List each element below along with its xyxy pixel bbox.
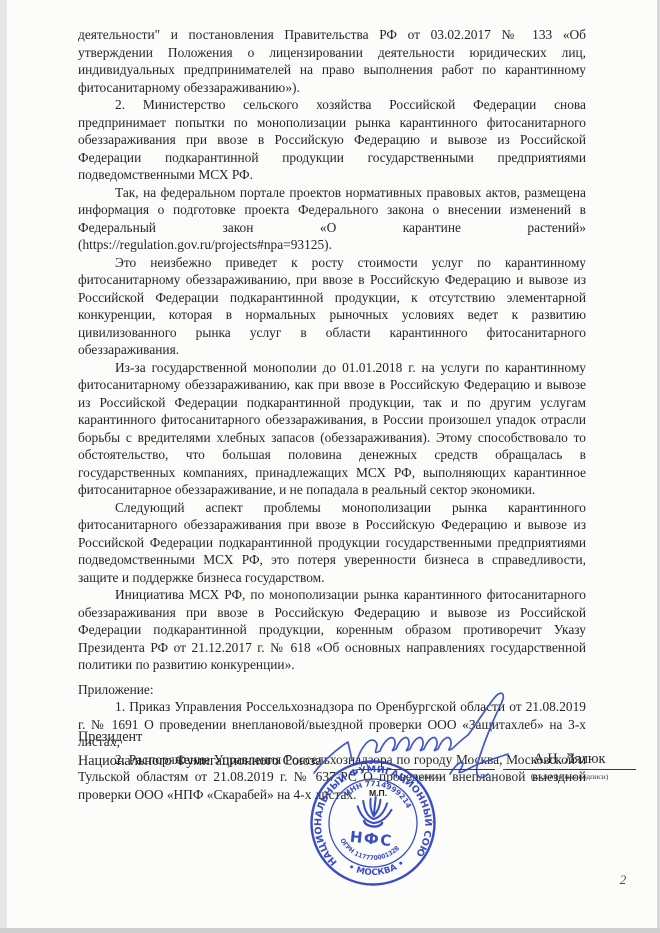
body-paragraph: деятельности" и постановления Правительс… (78, 26, 586, 96)
body-paragraph: 2. Министерство сельского хозяйства Росс… (78, 96, 586, 184)
page-number: 2 (608, 872, 638, 888)
stamp-city-text: • МОСКВА • (346, 857, 408, 882)
body-paragraph: Из-за государственной монополии до 01.01… (78, 359, 586, 499)
scan-edge-left (0, 0, 7, 933)
stamp-center-abbr: НФС (349, 828, 394, 850)
body-paragraph: Следующий аспект проблемы монополизации … (78, 499, 586, 587)
scan-edge-bottom (0, 928, 660, 933)
attachment-item: 1. Приказ Управления Россельхознадзора п… (78, 698, 586, 751)
body-paragraph: Это неизбежно приведет к росту стоимости… (78, 254, 586, 359)
body-paragraph: Инициатива МСХ РФ, по монополизации рынк… (78, 586, 586, 674)
document-body: деятельности" и постановления Правительс… (78, 26, 586, 803)
attachments-label: Приложение: (78, 681, 586, 699)
attachment-item: 2. Распоряжение Управления Россельхознад… (78, 751, 586, 804)
document-page: деятельности" и постановления Правительс… (0, 0, 660, 933)
body-paragraph: Так, на федеральном портале проектов нор… (78, 184, 586, 254)
